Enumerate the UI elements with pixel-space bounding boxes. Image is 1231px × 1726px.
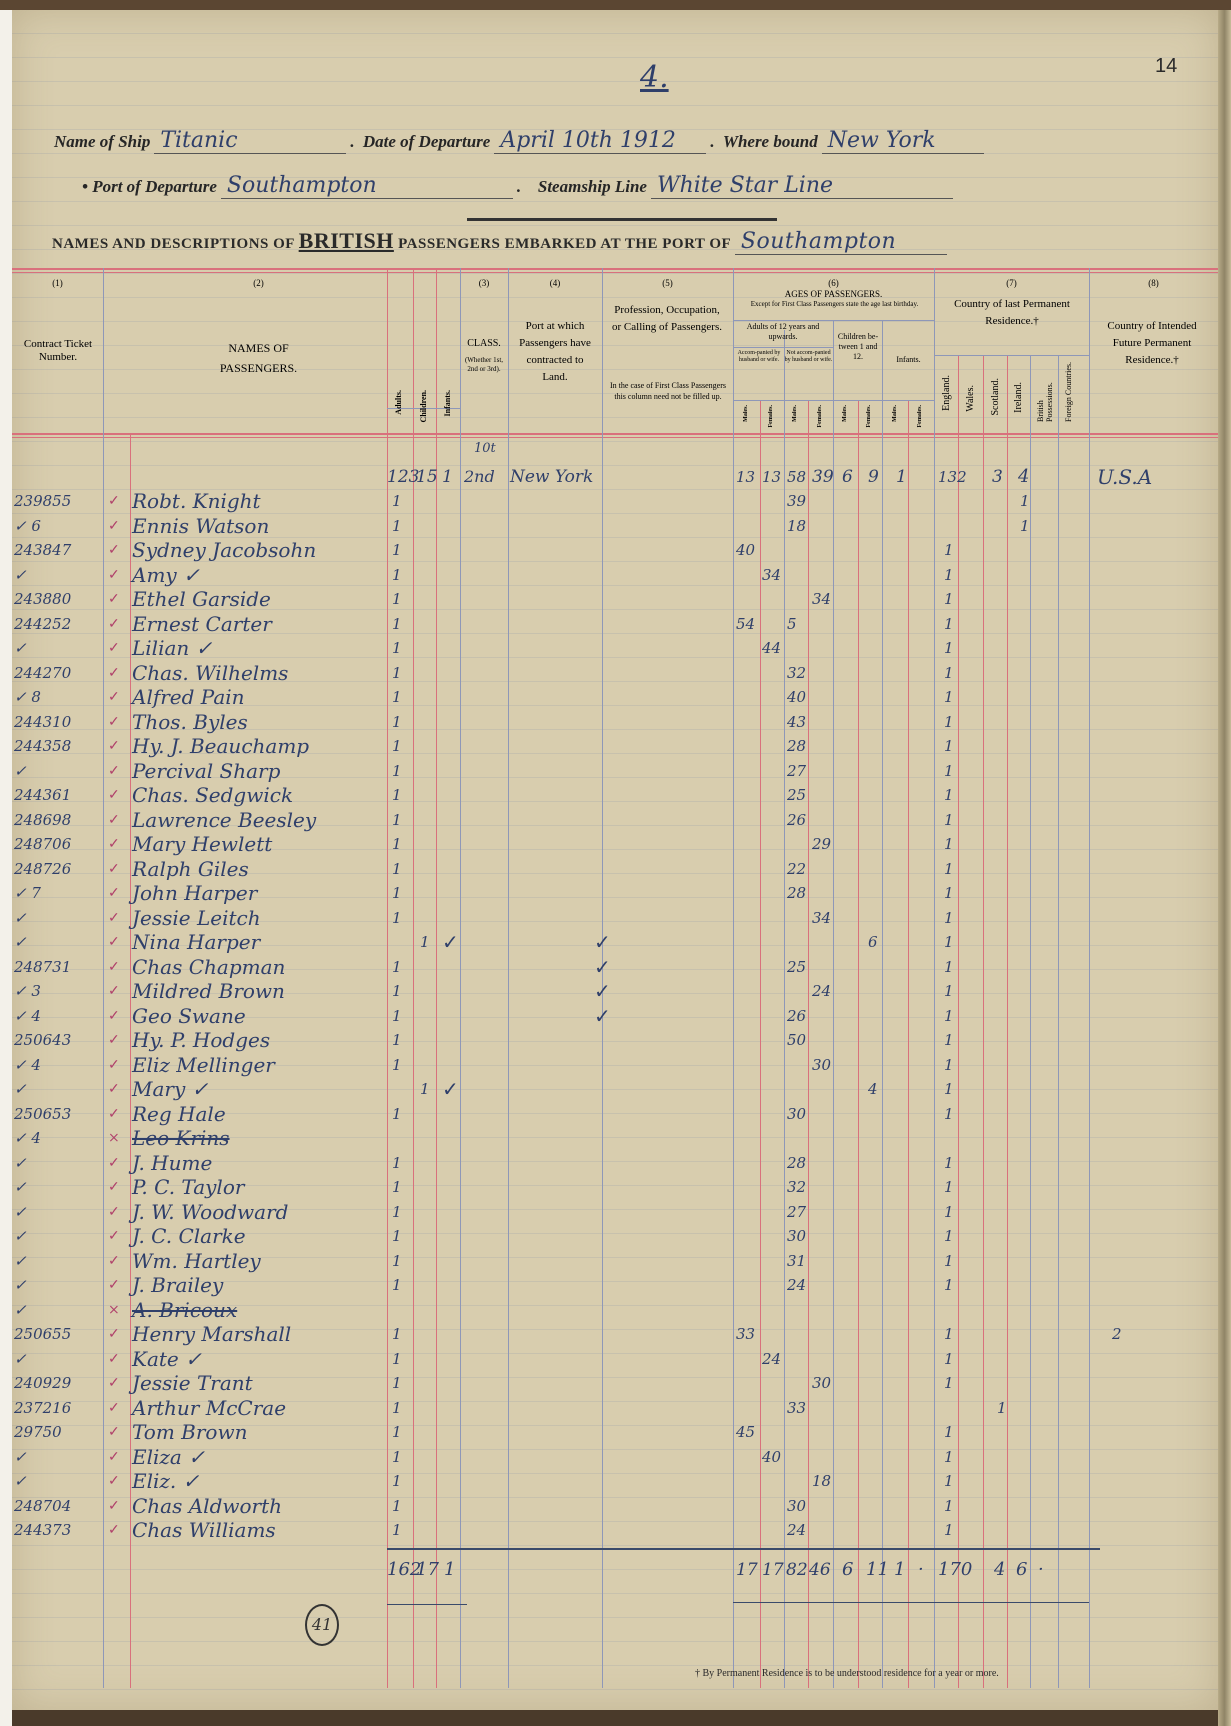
check-mark: ✓ <box>108 1053 120 1077</box>
passenger-row: ✓✓Mary ✓1✓41 <box>12 1077 1218 1101</box>
check-mark: ✓ <box>108 1200 120 1224</box>
summary-child-f: 9 <box>868 465 879 489</box>
age-notacc-male: 22 <box>787 857 806 881</box>
passenger-row: 29750✓Tom Brown1451 <box>12 1420 1218 1444</box>
age-notacc-male: 31 <box>787 1249 806 1273</box>
passenger-name: Tom Brown <box>132 1420 247 1444</box>
ticket-number: ✓ <box>14 1224 27 1248</box>
steamship-line-label: Steamship Line <box>538 177 647 196</box>
passenger-name: Ennis Watson <box>132 514 269 538</box>
check-mark: ✓ <box>108 979 120 1003</box>
adult-count: 1 <box>392 1175 402 1199</box>
ticket-number: ✓ 6 <box>14 514 41 538</box>
col5-subheader: In the case of First Class Passengers th… <box>610 380 726 402</box>
totals-subrule-left <box>387 1604 467 1605</box>
where-bound-value: New York <box>822 128 984 154</box>
passenger-name: Sydney Jacobsohn <box>132 538 316 562</box>
summary-ireland: 4 <box>1018 465 1029 489</box>
residence-england: 1 <box>944 1028 954 1052</box>
ticket-number: ✓ <box>14 930 27 954</box>
summary-england: 132 <box>938 465 967 489</box>
passenger-row: ✓ 4✓Geo Swane1261✓ <box>12 1004 1218 1028</box>
ticket-number: ✓ <box>14 759 27 783</box>
totals-rule <box>387 1548 1100 1550</box>
inf-males-header: Males. <box>892 405 898 422</box>
passenger-row: 250653✓Reg Hale1301 <box>12 1102 1218 1126</box>
residence-england: 1 <box>944 906 954 930</box>
col3-subheader: (Whether 1st, 2nd or 3rd). <box>462 356 506 374</box>
adult-count: 1 <box>392 685 402 709</box>
ticket-number: 244361 <box>14 783 71 807</box>
adult-count: 1 <box>392 587 402 611</box>
adults-divider <box>733 347 833 348</box>
age-notacc-male: 43 <box>787 710 806 734</box>
check-mark: ✓ <box>108 808 120 832</box>
passenger-row: 244310✓Thos. Byles1431 <box>12 710 1218 734</box>
check-mark: ✓ <box>108 1273 120 1297</box>
passenger-row: ✓ 4×Leo Krins <box>12 1126 1218 1150</box>
passenger-name: P. C. Taylor <box>132 1175 244 1199</box>
ticket-number: 248698 <box>14 808 71 832</box>
check-mark: ✓ <box>108 783 120 807</box>
age-notacc-male: 24 <box>787 1273 806 1297</box>
passenger-name: Wm. Hartley <box>132 1249 261 1273</box>
passenger-name: Eliz. ✓ <box>132 1469 199 1493</box>
passenger-name: Geo Swane <box>132 1004 246 1028</box>
age-notacc-male: 30 <box>787 1224 806 1248</box>
adult-count: 1 <box>392 857 402 881</box>
child-count: 1 <box>420 930 430 954</box>
passenger-name: Jessie Leitch <box>132 906 261 930</box>
passenger-row: ✓✓Percival Sharp1271 <box>12 759 1218 783</box>
adult-count: 1 <box>392 489 402 513</box>
ticket-number: ✓ <box>14 1249 27 1273</box>
passenger-name: Chas. Sedgwick <box>132 783 293 807</box>
summary-notacc-m: 58 <box>787 465 806 489</box>
ticket-number: ✓ <box>14 1151 27 1175</box>
age-notacc-female: 24 <box>812 979 831 1003</box>
total-ireland: 6 <box>1016 1558 1027 1582</box>
ticket-number: 248731 <box>14 955 71 979</box>
age-notacc-male: 33 <box>787 1396 806 1420</box>
check-mark: ✓ <box>108 1028 120 1052</box>
heading-nationality: BRITISH <box>299 228 394 253</box>
check-mark: × <box>108 1126 120 1150</box>
age-notacc-male: 5 <box>787 612 797 636</box>
ticket-number: 248726 <box>14 857 71 881</box>
residence-england: 1 <box>944 1200 954 1224</box>
passenger-row: 244270✓Chas. Wilhelms1321 <box>12 661 1218 685</box>
age-notacc-male: 28 <box>787 734 806 758</box>
scotland-header: Scotland. <box>990 378 1001 416</box>
adult-count: 1 <box>392 1224 402 1248</box>
residence-england: 1 <box>944 1175 954 1199</box>
summary-port: New York <box>510 465 593 489</box>
residence-england: 1 <box>944 538 954 562</box>
ticket-number: 250653 <box>14 1102 71 1126</box>
passenger-row: ✓ 7✓John Harper1281 <box>12 881 1218 905</box>
adults-header: Adults. <box>394 390 403 415</box>
ticket-number: 248704 <box>14 1494 71 1518</box>
residence-england: 1 <box>944 1322 954 1346</box>
residence-england: 1 <box>944 734 954 758</box>
age-notacc-male: 28 <box>787 881 806 905</box>
passenger-name: Amy ✓ <box>132 563 200 587</box>
residence-divider <box>934 355 1089 356</box>
adult-count: 1 <box>392 808 402 832</box>
passenger-row: ✓✓Wm. Hartley1311 <box>12 1249 1218 1273</box>
check-mark: ✓ <box>108 1151 120 1175</box>
manifest-page: 14 4. Name of Ship Titanic . Date of Dep… <box>12 10 1218 1710</box>
check-mark: ✓ <box>108 1371 120 1395</box>
adult-count: 1 <box>392 1445 402 1469</box>
summary-future-residence: U.S.A <box>1097 465 1152 489</box>
port-details-line: • Port of Departure Southampton . Steams… <box>82 173 953 199</box>
adult-count: 1 <box>392 1396 402 1420</box>
check-mark: ✓ <box>108 1494 120 1518</box>
passenger-row: ✓✓P. C. Taylor1321 <box>12 1175 1218 1199</box>
col4-header-port: Port at which Passengers have contracted… <box>516 318 594 386</box>
age-child-female: 4 <box>868 1077 878 1101</box>
adult-count: 1 <box>392 734 402 758</box>
passenger-name: Lilian ✓ <box>132 636 212 660</box>
adult-count: 1 <box>392 759 402 783</box>
check-mark: ✓ <box>108 1469 120 1493</box>
adult-count: 1 <box>392 1273 402 1297</box>
adult-count: 1 <box>392 514 402 538</box>
ship-name-label: Name of Ship <box>54 132 150 151</box>
ticket-number: 243847 <box>14 538 71 562</box>
residence-england: 1 <box>944 808 954 832</box>
british-possessions-header: British Possessions. <box>1036 362 1056 422</box>
totals-row: 162 17 1 17 17 82 46 6 11 1 · 170 4 6 · <box>12 1558 1218 1582</box>
adult-count: 1 <box>392 1028 402 1052</box>
total-england: 170 <box>938 1558 972 1582</box>
ticket-number: ✓ 4 <box>14 1053 41 1077</box>
passenger-name: J. Brailey <box>132 1273 223 1297</box>
folio-number: 14 <box>1155 55 1177 78</box>
check-mark: ✓ <box>108 1249 120 1273</box>
adult-count: 1 <box>392 1249 402 1273</box>
circled-count: 41 <box>305 1604 339 1646</box>
check-mark: ✓ <box>108 1396 120 1420</box>
residence-ireland: 1 <box>1020 489 1030 513</box>
ticket-number: ✓ <box>14 1347 27 1371</box>
class-tick: ✓ <box>442 1077 459 1101</box>
foreign-countries-header: Foreign Countries. <box>1064 362 1084 422</box>
summary-children: 15 <box>416 465 438 489</box>
sheet-number: 4. <box>640 60 669 95</box>
age-child-female: 6 <box>868 930 878 954</box>
check-mark: ✓ <box>108 1420 120 1444</box>
residence-england: 1 <box>944 612 954 636</box>
passenger-row: ✓✓Kate ✓1241 <box>12 1347 1218 1371</box>
check-mark: ✓ <box>108 661 120 685</box>
england-header: England. <box>941 375 952 411</box>
residence-england: 1 <box>944 1102 954 1126</box>
total-acc-m: 17 <box>736 1558 758 1582</box>
check-mark: ✓ <box>108 1102 120 1126</box>
summary-child-m: 6 <box>842 465 853 489</box>
age-notacc-female: 30 <box>812 1053 831 1077</box>
passenger-row: 244361✓Chas. Sedgwick1251 <box>12 783 1218 807</box>
residence-england: 1 <box>944 1445 954 1469</box>
residence-england: 1 <box>944 1518 954 1542</box>
check-mark: ✓ <box>108 1224 120 1248</box>
total-acc-f: 17 <box>762 1558 784 1582</box>
residence-england: 1 <box>944 759 954 783</box>
check-mark: ✓ <box>108 1077 120 1101</box>
passenger-name: Chas Chapman <box>132 955 285 979</box>
age-notacc-male: 27 <box>787 759 806 783</box>
ticket-number: 244373 <box>14 1518 71 1542</box>
passenger-name: Alfred Pain <box>132 685 245 709</box>
header-bottom-rule-2 <box>12 437 1218 438</box>
passenger-row: 243847✓Sydney Jacobsohn1401 <box>12 538 1218 562</box>
residence-england: 1 <box>944 1494 954 1518</box>
col6-subheader: Except for First Class Passengers state … <box>747 300 922 308</box>
residence-england: 1 <box>944 783 954 807</box>
adult-count: 1 <box>392 1004 402 1028</box>
passenger-row: ✓✓Eliz. ✓1181 <box>12 1469 1218 1493</box>
passenger-row: ✓✓Amy ✓1341 <box>12 563 1218 587</box>
check-mark: ✓ <box>108 1322 120 1346</box>
passenger-row: 248698✓Lawrence Beesley1261 <box>12 808 1218 832</box>
adult-count: 1 <box>392 661 402 685</box>
ticket-number: 248706 <box>14 832 71 856</box>
total-child-f: 11 <box>866 1558 889 1582</box>
children-1-12-header: Children be-tween 1 and 12. <box>834 332 882 362</box>
summary-adults: 123 <box>387 465 419 489</box>
age-notacc-female: 34 <box>812 906 831 930</box>
infants-header: Infants. <box>443 390 452 416</box>
age-notacc-male: 28 <box>787 1151 806 1175</box>
col6-number: (6) <box>733 278 934 289</box>
age-notacc-male: 24 <box>787 1518 806 1542</box>
residence-ireland: 1 <box>1020 514 1030 538</box>
residence-england: 1 <box>944 1273 954 1297</box>
total-british: · <box>1038 1558 1044 1582</box>
age-acc-female: 40 <box>762 1445 781 1469</box>
summary-acc-f: 13 <box>762 465 781 489</box>
ticket-number: ✓ <box>14 1200 27 1224</box>
adult-count: 1 <box>392 1053 402 1077</box>
not-accompanied-header: Not accom-panied by husband or wife. <box>784 350 833 364</box>
adult-count: 1 <box>392 1518 402 1542</box>
total-infants: 1 <box>444 1558 455 1582</box>
passenger-name: Nina Harper <box>132 930 260 954</box>
ireland-header: Ireland. <box>1013 382 1024 413</box>
adult-count: 1 <box>392 563 402 587</box>
age-notacc-male: 30 <box>787 1102 806 1126</box>
summary-notacc-f: 39 <box>812 465 834 489</box>
check-mark: ✓ <box>108 636 120 660</box>
col7-number: (7) <box>934 278 1089 289</box>
passenger-row: ✓✓Lilian ✓1441 <box>12 636 1218 660</box>
ticket-number: ✓ <box>14 563 27 587</box>
residence-england: 1 <box>944 979 954 1003</box>
ticket-number: ✓ <box>14 906 27 930</box>
age-notacc-male: 50 <box>787 1028 806 1052</box>
col3-header-class: CLASS. <box>460 338 508 349</box>
profession-tick: ✓ <box>594 1004 611 1028</box>
passenger-name: Jessie Trant <box>132 1371 253 1395</box>
profession-tick: ✓ <box>594 979 611 1003</box>
total-notacc-f: 46 <box>809 1558 831 1582</box>
departure-date-label: Date of Departure <box>363 132 490 151</box>
summary-inf-m: 1 <box>896 465 907 489</box>
age-notacc-female: 30 <box>812 1371 831 1395</box>
age-notacc-female: 34 <box>812 587 831 611</box>
check-mark: ✓ <box>108 1445 120 1469</box>
passenger-name: Chas Aldworth <box>132 1494 282 1518</box>
check-mark: ✓ <box>108 759 120 783</box>
check-mark: ✓ <box>108 881 120 905</box>
infants-age-header: Infants. <box>883 354 934 365</box>
ticket-number: ✓ 4 <box>14 1126 41 1150</box>
ticket-number: ✓ <box>14 1298 27 1322</box>
residence-england: 1 <box>944 955 954 979</box>
passenger-name: Chas Williams <box>132 1518 276 1542</box>
passenger-row: 248731✓Chas Chapman1251✓ <box>12 955 1218 979</box>
passenger-row: ✓✓Nina Harper1✓61✓ <box>12 930 1218 954</box>
port-departure-label: Port of Departure <box>92 177 217 196</box>
adult-count: 1 <box>392 612 402 636</box>
adult-count: 1 <box>392 955 402 979</box>
adult-count: 1 <box>392 1347 402 1371</box>
ticket-number: 240929 <box>14 1371 71 1395</box>
residence-england: 1 <box>944 832 954 856</box>
passenger-row: ✓✓Eliza ✓1401 <box>12 1445 1218 1469</box>
adult-count: 1 <box>392 1469 402 1493</box>
passenger-name: Arthur McCrae <box>132 1396 286 1420</box>
residence-england: 1 <box>944 930 954 954</box>
adult-count: 1 <box>392 906 402 930</box>
passenger-row: 250643✓Hy. P. Hodges1501 <box>12 1028 1218 1052</box>
wales-header: Wales. <box>965 385 976 412</box>
passenger-row: 248704✓Chas Aldworth1301 <box>12 1494 1218 1518</box>
age-notacc-male: 30 <box>787 1494 806 1518</box>
child-females-header: Females. <box>866 405 872 428</box>
col2-header-passengers: PASSENGERS. <box>130 360 387 377</box>
check-mark: ✓ <box>108 955 120 979</box>
passenger-row: 244373✓Chas Williams1241 <box>12 1518 1218 1542</box>
acc-males-header: Males. <box>743 405 749 422</box>
residence-england: 1 <box>944 685 954 709</box>
check-mark: ✓ <box>108 1004 120 1028</box>
table-top-rule <box>12 268 1218 270</box>
passenger-name: J. W. Woodward <box>132 1200 288 1224</box>
ticket-number: ✓ 3 <box>14 979 41 1003</box>
profession-tick: ✓ <box>594 930 611 954</box>
passenger-row: 237216✓Arthur McCrae1331 <box>12 1396 1218 1420</box>
heading-suffix: PASSENGERS EMBARKED AT THE PORT OF <box>398 236 731 252</box>
where-bound-label: Where bound <box>723 132 818 151</box>
residence-england: 1 <box>944 857 954 881</box>
footnote: † By Permanent Residence is to be unders… <box>695 1668 999 1679</box>
adult-count: 1 <box>392 881 402 905</box>
age-acc-male: 45 <box>736 1420 755 1444</box>
ticket-number: ✓ <box>14 1175 27 1199</box>
adult-count: 1 <box>392 1494 402 1518</box>
passenger-row: 239855✓Robt. Knight1391 <box>12 489 1218 513</box>
ticket-number: 244270 <box>14 661 71 685</box>
totals-subrule-right <box>733 1602 1089 1603</box>
page-left-margin <box>0 10 12 1726</box>
ticket-number: ✓ <box>14 1445 27 1469</box>
check-mark: ✓ <box>108 489 120 513</box>
residence-scotland: 1 <box>997 1396 1007 1420</box>
adult-count: 1 <box>392 832 402 856</box>
residence-england: 1 <box>944 1224 954 1248</box>
col2-header-names: NAMES OF <box>130 340 387 357</box>
residence-england: 1 <box>944 1249 954 1273</box>
passenger-name: Reg Hale <box>132 1102 226 1126</box>
age-acc-female: 44 <box>762 636 781 660</box>
total-notacc-m: 82 <box>786 1558 808 1582</box>
summary-class: 2nd <box>464 465 495 489</box>
passenger-row: ✓✓J. C. Clarke1301 <box>12 1224 1218 1248</box>
ticket-number: ✓ <box>14 1469 27 1493</box>
passenger-row: ✓ 3✓Mildred Brown1241✓ <box>12 979 1218 1003</box>
residence-england: 1 <box>944 1347 954 1371</box>
passenger-name: Eliza ✓ <box>132 1445 205 1469</box>
col3-number: (3) <box>460 278 508 289</box>
ticket-number: ✓ 7 <box>14 881 41 905</box>
ticket-number: 250643 <box>14 1028 71 1052</box>
heading-port: Southampton <box>735 229 947 255</box>
child-count: 1 <box>420 1077 430 1101</box>
check-mark: ✓ <box>108 685 120 709</box>
passenger-name: Thos. Byles <box>132 710 248 734</box>
passenger-row: ✓✓J. Brailey1241 <box>12 1273 1218 1297</box>
ticket-number: ✓ <box>14 1273 27 1297</box>
departure-date-value: April 10th 1912 <box>494 128 706 154</box>
notacc-females-header: Females. <box>817 405 823 428</box>
age-notacc-female: 18 <box>812 1469 831 1493</box>
residence-england: 1 <box>944 881 954 905</box>
passenger-name: A. Bricoux <box>132 1298 237 1322</box>
age-notacc-male: 32 <box>787 661 806 685</box>
passenger-name: Mildred Brown <box>132 979 285 1003</box>
passenger-name: Leo Krins <box>132 1126 230 1150</box>
check-mark: ✓ <box>108 734 120 758</box>
residence-england: 1 <box>944 1151 954 1175</box>
passenger-row: ✓✓Jessie Leitch1341 <box>12 906 1218 930</box>
check-mark: ✓ <box>108 832 120 856</box>
col1-number: (1) <box>12 278 103 289</box>
total-inf-m: 1 <box>894 1558 905 1582</box>
col8-header-future: Country of Intended Future Permanent Res… <box>1102 318 1202 369</box>
total-children: 17 <box>416 1558 439 1582</box>
passenger-row: 244358✓Hy. J. Beauchamp1281 <box>12 734 1218 758</box>
residence-england: 1 <box>944 1420 954 1444</box>
passenger-name: J. Hume <box>132 1151 212 1175</box>
passenger-row: 248726✓Ralph Giles1221 <box>12 857 1218 881</box>
col5-header-profession: Profession, Occupation, or Calling of Pa… <box>612 302 722 336</box>
col6-header-ages: AGES OF PASSENGERS. <box>733 289 934 300</box>
acc-females-header: Females. <box>768 405 774 428</box>
manifest-heading: NAMES AND DESCRIPTIONS OF BRITISH PASSEN… <box>52 228 947 255</box>
adult-count: 1 <box>392 538 402 562</box>
residence-england: 1 <box>944 710 954 734</box>
col7-header-residence: Country of last Permanent Residence.† <box>942 296 1082 330</box>
passenger-name: Eliz Mellinger <box>132 1053 275 1077</box>
ship-details-line: Name of Ship Titanic . Date of Departure… <box>54 128 984 154</box>
col4-number: (4) <box>508 278 602 289</box>
adult-count: 1 <box>392 1151 402 1175</box>
passenger-name: Robt. Knight <box>132 489 261 513</box>
